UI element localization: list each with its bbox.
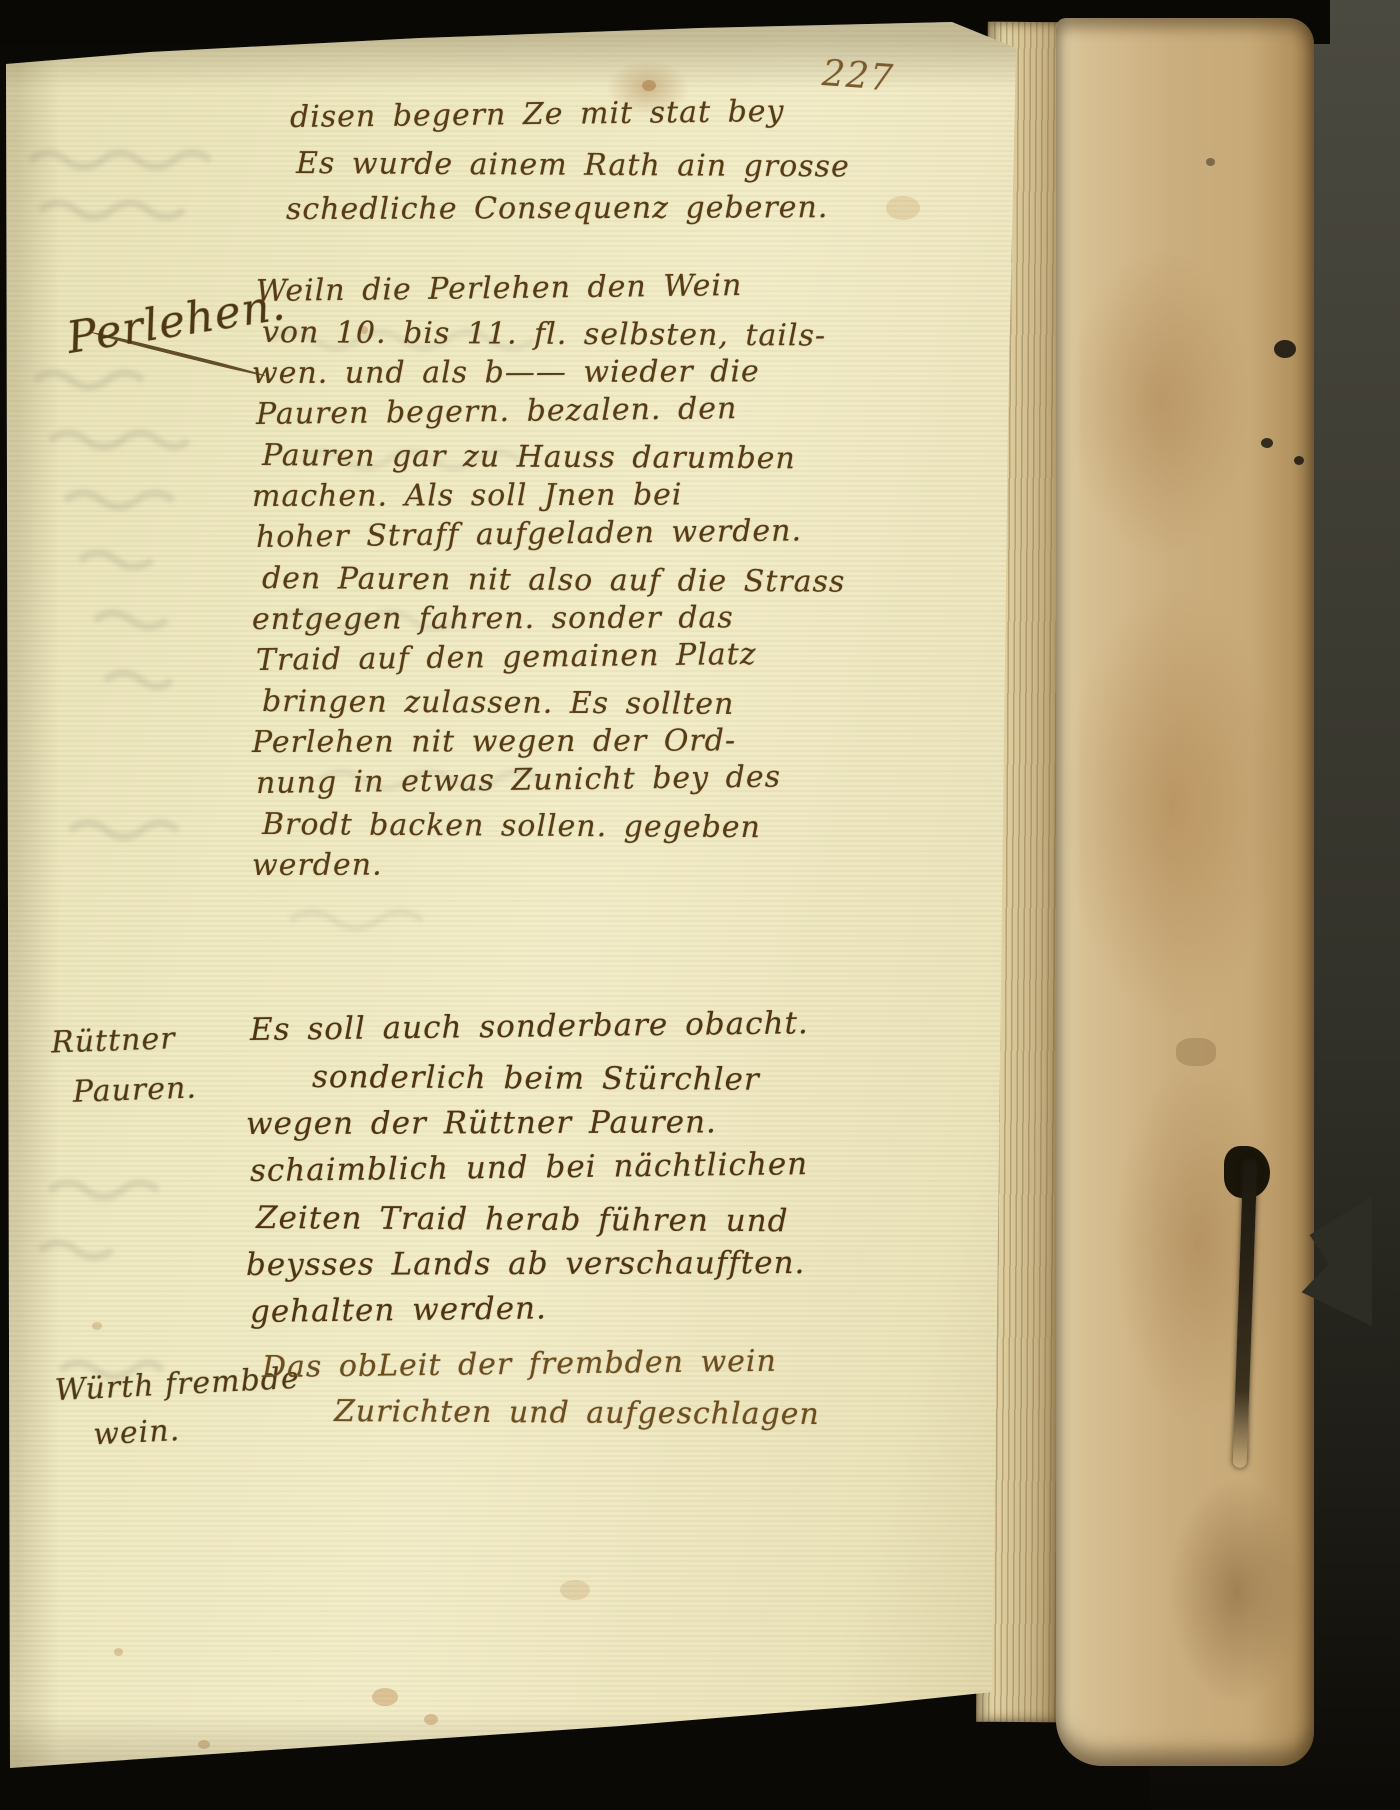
cover-ink-spot <box>1274 340 1296 358</box>
text-line: Traid auf den gemainen Platz <box>256 654 839 661</box>
foxing-stain <box>642 80 656 91</box>
text-line: Pauren begern. bezalen. den <box>256 408 839 415</box>
text-line: beysses Lands ab verschaufften. <box>246 1263 805 1265</box>
text-line: Weiln die Perlehen den Wein <box>256 285 839 292</box>
text-line: schedliche Consequenz geberen. <box>286 208 840 210</box>
text-line: Das obLeit der frembden wein <box>262 1361 814 1368</box>
text-line: entgegen fahren. sonder das <box>252 618 835 620</box>
margin-note-line: Rüttner <box>50 1014 196 1069</box>
paragraph-fremde-weine: Das obLeit der frembden wein Zurichten u… <box>262 1368 814 1456</box>
foxing-stain <box>560 1580 590 1600</box>
foxing-stain <box>372 1688 398 1706</box>
text-line: Es soll auch sonderbare obacht. <box>250 1023 809 1030</box>
text-line: schaimblich und bei nächtlichen <box>250 1164 809 1171</box>
text-line: den Pauren nit also auf die Strass <box>262 579 845 583</box>
margin-note-line: Pauren. <box>72 1063 198 1117</box>
foxing-stain <box>424 1714 438 1725</box>
text-line: Es wurde ainem Rath ain grosse <box>296 164 850 167</box>
paragraph-ruettner-pauren: Es soll auch sonderbare obacht. sonderli… <box>250 1030 809 1359</box>
cover-stain <box>1176 1038 1216 1066</box>
cover-crack-stain <box>1233 1158 1258 1468</box>
text-line: Brodt backen sollen. gegeben <box>262 825 845 829</box>
cover-ink-spot <box>1206 158 1215 166</box>
cover-ink-spot <box>1261 438 1273 448</box>
text-line: gehalten werden. <box>250 1305 809 1312</box>
paragraph-intro: disen begern Ze mit stat bey Es wurde ai… <box>290 118 844 256</box>
text-line: nung in etwas Zunicht bey des <box>256 777 839 784</box>
text-line: Zurichten und aufgeschlagen <box>334 1412 820 1415</box>
text-line: disen begern Ze mit stat bey <box>290 111 844 118</box>
manuscript-photo: 227 disen begern Ze mit stat bey Es wurd… <box>0 0 1400 1810</box>
foxing-stain <box>886 196 920 220</box>
text-line: sonderlich beim Stürchler <box>312 1077 815 1080</box>
margin-note-ruettner-pauren: Rüttner Pauren. <box>50 1014 197 1119</box>
foxing-stain <box>92 1322 102 1330</box>
text-line: wen. und als b—— wieder die <box>252 372 835 374</box>
text-line: wegen der Rüttner Pauren. <box>246 1122 805 1124</box>
paragraph-perlehen: Weiln die Perlehen den Wein von 10. bis … <box>256 292 839 907</box>
cover-ink-spot <box>1294 456 1304 465</box>
text-line: Perlehen nit wegen der Ord- <box>252 741 835 743</box>
text-line: bringen zulassen. Es sollten <box>262 702 845 706</box>
text-line: machen. Als soll Jnen bei <box>252 495 835 497</box>
text-line: Zeiten Traid herab führen und <box>256 1218 815 1221</box>
page-number: 227 <box>821 54 895 100</box>
foxing-stain <box>114 1648 123 1656</box>
text-line: hoher Straff aufgeladen werden. <box>256 531 839 538</box>
text-line: werden. <box>252 864 835 866</box>
text-line: Pauren gar zu Hauss darumben <box>262 456 845 460</box>
foxing-stain <box>198 1740 210 1749</box>
manuscript-page: 227 disen begern Ze mit stat bey Es wurd… <box>0 0 1022 1792</box>
text-line: von 10. bis 11. fl. selbsten, tails- <box>262 333 845 337</box>
parchment-cover <box>1056 18 1314 1766</box>
